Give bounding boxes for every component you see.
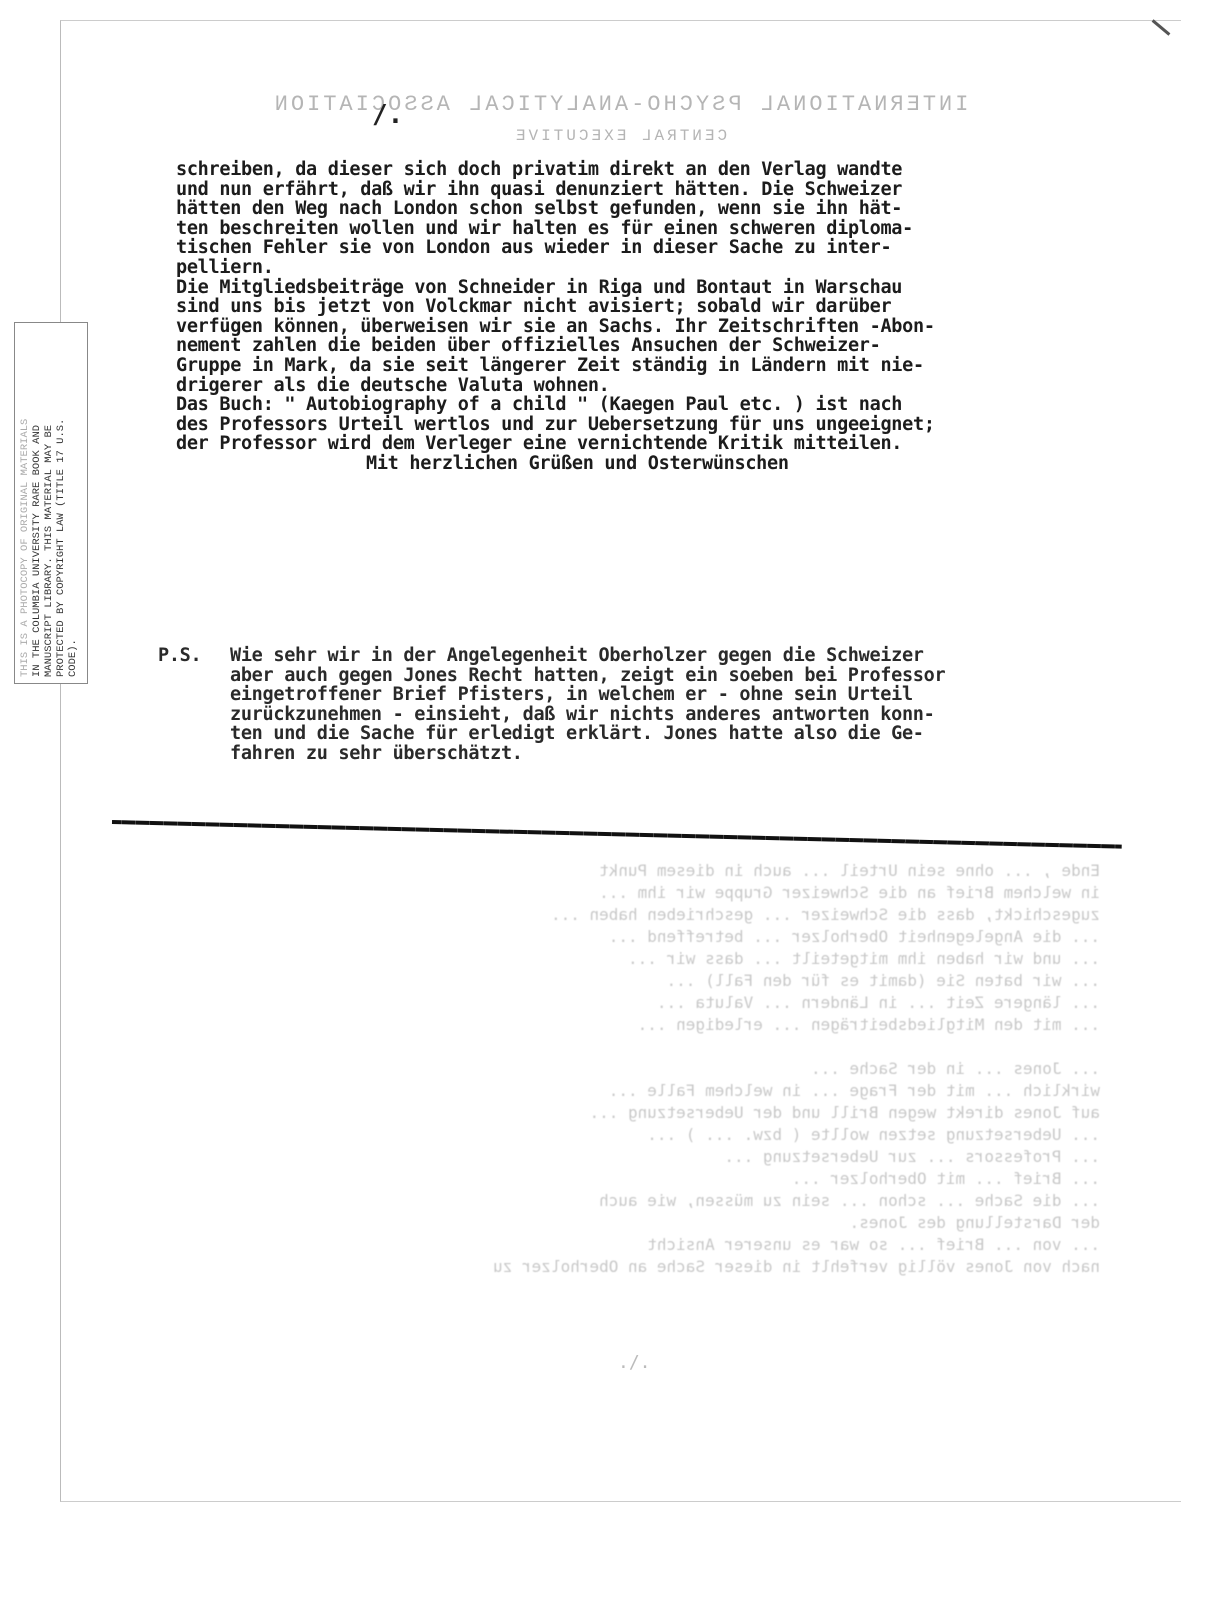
- body-line: und nun erfährt, daß wir ihn quasi denun…: [176, 180, 1136, 200]
- bleed-through-text: Ende , ... ohne sein Urteil ... auch in …: [200, 860, 1100, 1278]
- postscript-line: Wie sehr wir in der Angelegenheit Oberho…: [230, 646, 945, 666]
- bleed-line: wirklich ... mit der Frage ... in welche…: [200, 1080, 1100, 1102]
- stamp-line: PROTECTED BY COPYRIGHT LAW (TITLE 17 U.S…: [55, 329, 67, 677]
- bleed-line: ... Brief ... mit Oberholzer ...: [200, 1168, 1100, 1190]
- bleed-line: Ende , ... ohne sein Urteil ... auch in …: [200, 860, 1100, 882]
- letterhead: INTERNATIONAL PSYCHO-ANALYTICAL ASSOCIAT…: [180, 92, 1060, 145]
- body-line: des Professors Urteil wertlos und zur Ue…: [176, 415, 1136, 435]
- body-line: Die Mitgliedsbeiträge von Schneider in R…: [176, 278, 1136, 298]
- bleed-line: ... die Angelegenheit Oberholzer ... bet…: [200, 926, 1100, 948]
- page-marker: /.: [372, 100, 403, 130]
- bleed-line: auf Jones direkt wegen Brill und der Ueb…: [200, 1102, 1100, 1124]
- bleed-line: ... und wir haben ihm mitgeteilt ... das…: [200, 948, 1100, 970]
- body-line: Das Buch: " Autobiography of a child " (…: [176, 395, 1136, 415]
- bleed-line: ... wir baten Sie (damit es für den Fall…: [200, 970, 1100, 992]
- body-line: tischen Fehler sie von London aus wieder…: [176, 238, 1136, 258]
- body-line: nement zahlen die beiden über offizielle…: [176, 336, 1136, 356]
- body-line: der Professor wird dem Verleger eine ver…: [176, 434, 1136, 454]
- bleed-line: ... Jones ... in der Sache ...: [200, 1058, 1100, 1080]
- body-line: pelliern.: [176, 258, 1136, 278]
- bleed-line: der Darstellung des Jones.: [200, 1212, 1100, 1234]
- body-line: hätten den Weg nach London schon selbst …: [176, 199, 1136, 219]
- body-line: sind uns bis jetzt von Volckmar nicht av…: [176, 297, 1136, 317]
- stamp-line: IN THE COLUMBIA UNIVERSITY RARE BOOK AND: [31, 329, 43, 677]
- bleed-line: in welchem Brief an die Schweizer Gruppe…: [200, 882, 1100, 904]
- bleed-line: zugeschickt, dass die Schweizer ... gesc…: [200, 904, 1100, 926]
- body-line: verfügen können, überweisen wir sie an S…: [176, 317, 1136, 337]
- bleed-line: [200, 1036, 1100, 1058]
- bottom-page-marker: ./.: [618, 1352, 651, 1373]
- postscript-label: P.S.: [158, 646, 201, 666]
- bleed-line: nach von Jones völlig verfehlt in dieser…: [200, 1256, 1100, 1278]
- postscript-line: fahren zu sehr überschätzt.: [230, 744, 945, 764]
- bleed-line: ... Professors ... zur Uebersetzung ...: [200, 1146, 1100, 1168]
- letterhead-department: CENTRAL EXECUTIVE: [180, 127, 1060, 145]
- closing-line: Mit herzlichen Grüßen und Osterwünschen: [176, 454, 1136, 474]
- body-line: ten beschreiten wollen und wir halten es…: [176, 219, 1136, 239]
- body-line: Gruppe in Mark, da sie seit längerer Zei…: [176, 356, 1136, 376]
- stamp-line: THIS IS A PHOTOCOPY OF ORIGINAL MATERIAL…: [19, 329, 31, 677]
- bleed-line: ... längere Zeit ... in Ländern ... Valu…: [200, 992, 1100, 1014]
- bleed-line: ... Uebersetzung setzen wollte ( bzw. ..…: [200, 1124, 1100, 1146]
- letter-body: schreiben, da dieser sich doch privatim …: [176, 160, 1136, 474]
- postscript-line: eingetroffener Brief Pfisters, in welche…: [230, 685, 945, 705]
- bleed-line: ... mit den Mitgliedsbeiträgen ... erled…: [200, 1014, 1100, 1036]
- archive-copyright-stamp: THIS IS A PHOTOCOPY OF ORIGINAL MATERIAL…: [14, 322, 88, 684]
- body-line: schreiben, da dieser sich doch privatim …: [176, 160, 1136, 180]
- postscript-line: aber auch gegen Jones Recht hatten, zeig…: [230, 666, 945, 686]
- postscript-line: zurückzunehmen - einsieht, daß wir nicht…: [230, 705, 945, 725]
- body-line: drigerer als die deutsche Valuta wohnen.: [176, 376, 1136, 396]
- stamp-line: MANUSCRIPT LIBRARY. THIS MATERIAL MAY BE: [43, 329, 55, 677]
- stamp-line: CODE).: [67, 329, 79, 677]
- bleed-line: ... von ... Brief ... so war es unserer …: [200, 1234, 1100, 1256]
- postscript-line: ten und die Sache für erledigt erklärt. …: [230, 724, 945, 744]
- bleed-line: ... die Sache ... schon ... sein zu müss…: [200, 1190, 1100, 1212]
- letterhead-organization: INTERNATIONAL PSYCHO-ANALYTICAL ASSOCIAT…: [180, 92, 1060, 117]
